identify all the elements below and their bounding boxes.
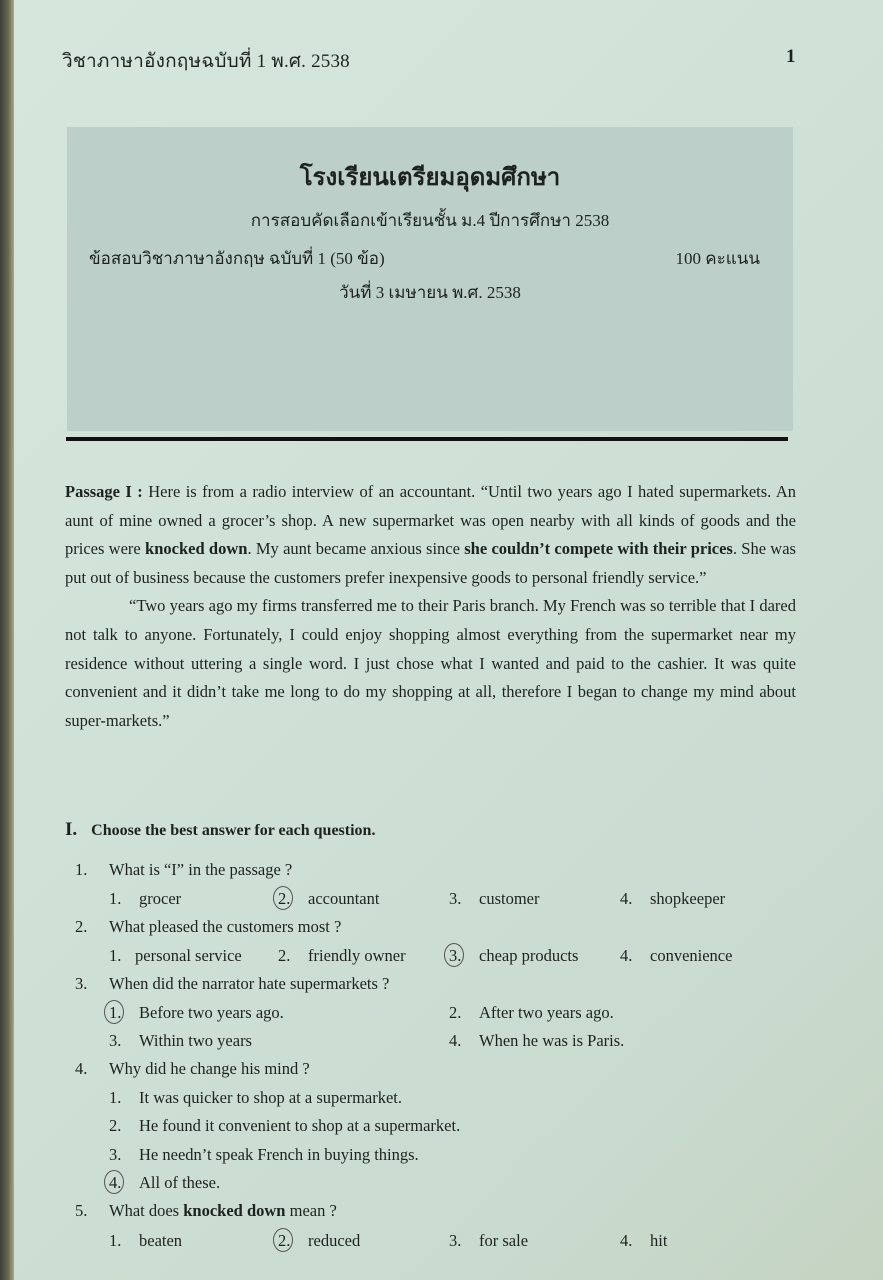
question-text: What pleased the customers most ?	[109, 917, 341, 937]
question-text-part: What does	[109, 1201, 183, 1220]
section-heading: I.Choose the best answer for each questi…	[65, 819, 375, 841]
option-number: 3.	[449, 1231, 479, 1251]
running-head: วิชาภาษาอังกฤษฉบับที่ 1 พ.ศ. 2538	[62, 46, 350, 76]
divider-rule	[66, 437, 788, 441]
passage-label: Passage I :	[65, 482, 143, 501]
passage-bold-phrase: she couldn’t compete with their prices	[464, 539, 733, 558]
option-text: When he was is Paris.	[479, 1031, 624, 1050]
exam-title-box: โรงเรียนเตรียมอุดมศึกษา การสอบคัดเลือกเข…	[67, 127, 793, 431]
option-text: cheap products	[479, 946, 578, 965]
option-text: personal service	[135, 946, 242, 965]
question-3-option-2[interactable]: 2.After two years ago.	[449, 1003, 614, 1023]
question-2-option-3[interactable]: 3.cheap products	[449, 946, 578, 966]
option-text: grocer	[139, 889, 181, 908]
option-text: Before two years ago.	[139, 1003, 284, 1022]
section-number: I.	[65, 819, 77, 840]
subject-line: ข้อสอบวิชาภาษาอังกฤษ ฉบับที่ 1 (50 ข้อ)	[89, 245, 385, 272]
question-3-option-1[interactable]: 1.Before two years ago.	[109, 1003, 284, 1023]
question-text: What does knocked down mean ?	[109, 1201, 337, 1221]
option-number: 2.	[449, 1003, 479, 1023]
option-number: 3.	[449, 889, 479, 909]
option-number: 1.	[109, 946, 135, 966]
option-text: accountant	[308, 889, 379, 908]
question-number: 2.	[75, 917, 87, 937]
section-instruction: Choose the best answer for each question…	[91, 822, 375, 839]
question-5-option-3[interactable]: 3.for sale	[449, 1231, 528, 1251]
total-score: 100 คะแนน	[676, 245, 760, 272]
option-number: 4.	[449, 1031, 479, 1051]
option-number: 4.	[620, 889, 650, 909]
option-number: 2.	[109, 1116, 139, 1136]
reading-passage: Passage I : Here is from a radio intervi…	[65, 478, 796, 735]
school-name: โรงเรียนเตรียมอุดมศึกษา	[67, 157, 793, 196]
option-text: beaten	[139, 1231, 182, 1250]
question-number: 4.	[75, 1059, 87, 1079]
option-text: friendly owner	[308, 946, 406, 965]
question-5-option-1[interactable]: 1.beaten	[109, 1231, 182, 1251]
option-number: 1.	[109, 889, 139, 909]
question-1-option-1[interactable]: 1.grocer	[109, 889, 181, 909]
option-text: convenience	[650, 946, 732, 965]
option-number: 3.	[109, 1145, 139, 1165]
circled-answer-mark: 2.	[278, 1231, 308, 1251]
option-number: 1.	[109, 1231, 139, 1251]
passage-paragraph-1: Passage I : Here is from a radio intervi…	[65, 478, 796, 592]
option-text: for sale	[479, 1231, 528, 1250]
option-number: 4.	[620, 946, 650, 966]
question-4-option-4[interactable]: 4.All of these.	[109, 1173, 220, 1193]
question-1-option-2[interactable]: 2.accountant	[278, 889, 379, 909]
option-text: After two years ago.	[479, 1003, 614, 1022]
option-number: 1.	[109, 1088, 139, 1108]
option-text: It was quicker to shop at a supermarket.	[139, 1088, 402, 1107]
question-number: 1.	[75, 860, 87, 880]
question-4-option-2[interactable]: 2.He found it convenient to shop at a su…	[109, 1116, 460, 1136]
circled-answer-mark: 4.	[109, 1173, 139, 1193]
book-spine	[0, 0, 14, 1280]
option-text: shopkeeper	[650, 889, 725, 908]
option-text: reduced	[308, 1231, 360, 1250]
exam-description: การสอบคัดเลือกเข้าเรียนชั้น ม.4 ปีการศึก…	[67, 207, 793, 234]
question-bold-phrase: knocked down	[183, 1201, 285, 1220]
option-text: He found it convenient to shop at a supe…	[139, 1116, 460, 1135]
question-4-option-1[interactable]: 1.It was quicker to shop at a supermarke…	[109, 1088, 402, 1108]
passage-text: . My aunt became anxious since	[247, 539, 464, 558]
option-number: 3.	[109, 1031, 139, 1051]
option-text: Within two years	[139, 1031, 252, 1050]
question-2-option-1[interactable]: 1.personal service	[109, 946, 242, 966]
question-3-option-4[interactable]: 4.When he was is Paris.	[449, 1031, 624, 1051]
question-text-part: mean ?	[285, 1201, 336, 1220]
circled-answer-mark: 2.	[278, 889, 308, 909]
question-4-option-3[interactable]: 3.He needn’t speak French in buying thin…	[109, 1145, 419, 1165]
exam-date: วันที่ 3 เมษายน พ.ศ. 2538	[67, 279, 793, 306]
option-text: He needn’t speak French in buying things…	[139, 1145, 419, 1164]
question-5-option-4[interactable]: 4.hit	[620, 1231, 667, 1251]
option-text: hit	[650, 1231, 667, 1250]
question-1-option-3[interactable]: 3.customer	[449, 889, 539, 909]
passage-bold-phrase: knocked down	[145, 539, 247, 558]
question-number: 3.	[75, 974, 87, 994]
question-5-option-2[interactable]: 2.reduced	[278, 1231, 360, 1251]
option-text: All of these.	[139, 1173, 220, 1192]
question-3-option-3[interactable]: 3.Within two years	[109, 1031, 252, 1051]
page-number: 1	[786, 46, 796, 68]
option-number: 4.	[620, 1231, 650, 1251]
question-number: 5.	[75, 1201, 87, 1221]
question-text: Why did he change his mind ?	[109, 1059, 310, 1079]
question-text: When did the narrator hate supermarkets …	[109, 974, 389, 994]
question-1-option-4[interactable]: 4.shopkeeper	[620, 889, 725, 909]
question-2-option-2[interactable]: 2.friendly owner	[278, 946, 406, 966]
circled-answer-mark: 1.	[109, 1003, 139, 1023]
question-2-option-4[interactable]: 4.convenience	[620, 946, 732, 966]
option-text: customer	[479, 889, 539, 908]
passage-paragraph-2: “Two years ago my firms transferred me t…	[65, 592, 796, 735]
option-number: 2.	[278, 946, 308, 966]
circled-answer-mark: 3.	[449, 946, 479, 966]
question-text: What is “I” in the passage ?	[109, 860, 292, 880]
